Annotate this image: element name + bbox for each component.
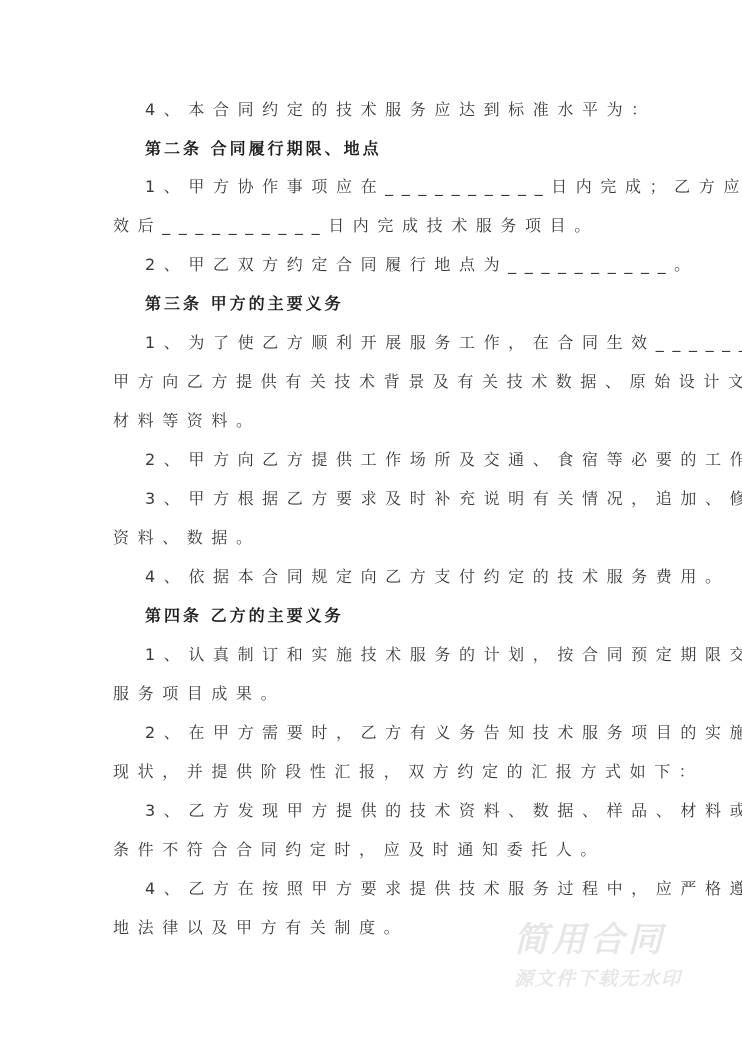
article-4-item-2-cont: 现状，并提供阶段性汇报，双方约定的汇报方式如下： xyxy=(113,762,633,782)
article-3-item-2: 2、甲方向乙方提供工作场所及交通、食宿等必要的工作条件。 xyxy=(145,450,665,470)
article-3-item-1-cont: 甲方向乙方提供有关技术背景及有关技术数据、原始设计文件、样品 xyxy=(113,372,633,392)
article-4-item-1: 1、认真制订和实施技术服务的计划，按合同预定期限交付技术 xyxy=(145,645,665,665)
article-4-item-4-cont: 地法律以及甲方有关制度。 xyxy=(113,918,633,938)
clause-1-item-4: 4、本合同约定的技术服务应达到标准水平为： xyxy=(145,100,665,120)
document-page: 4、本合同约定的技术服务应达到标准水平为： 第二条 合同履行期限、地点 1、甲方… xyxy=(0,0,742,1049)
article-2-item-1: 1、甲方协作事项应在__________日内完成；乙方应在本合同生 xyxy=(145,177,665,197)
article-2-heading: 第二条 合同履行期限、地点 xyxy=(145,139,665,159)
article-3-item-1: 1、为了使乙方顺利开展服务工作，在合同生效__________日后 xyxy=(145,333,665,353)
article-4-item-4: 4、乙方在按照甲方要求提供技术服务过程中，应严格遵守所在 xyxy=(145,879,665,899)
article-4-item-3: 3、乙方发现甲方提供的技术资料、数据、样品、材料或者工作 xyxy=(145,801,665,821)
article-3-item-3: 3、甲方根据乙方要求及时补充说明有关情况，追加、修补有关 xyxy=(145,489,665,509)
article-2-item-2: 2、甲乙双方约定合同履行地点为__________。 xyxy=(145,255,665,275)
article-2-item-1-cont: 效后__________日内完成技术服务项目。 xyxy=(113,216,633,236)
article-3-item-1-cont2: 材料等资料。 xyxy=(113,411,633,431)
watermark-tagline: 源文件下载无水印 xyxy=(514,968,704,990)
article-4-heading: 第四条 乙方的主要义务 xyxy=(145,606,665,626)
article-3-item-4: 4、依据本合同规定向乙方支付约定的技术服务费用。 xyxy=(145,567,665,587)
article-4-item-3-cont: 条件不符合合同约定时，应及时通知委托人。 xyxy=(113,840,633,860)
article-4-item-1-cont: 服务项目成果。 xyxy=(113,684,633,704)
article-3-heading: 第三条 甲方的主要义务 xyxy=(145,294,665,314)
article-3-item-3-cont: 资料、数据。 xyxy=(113,528,633,548)
article-4-item-2: 2、在甲方需要时，乙方有义务告知技术服务项目的实施进度和 xyxy=(145,723,665,743)
